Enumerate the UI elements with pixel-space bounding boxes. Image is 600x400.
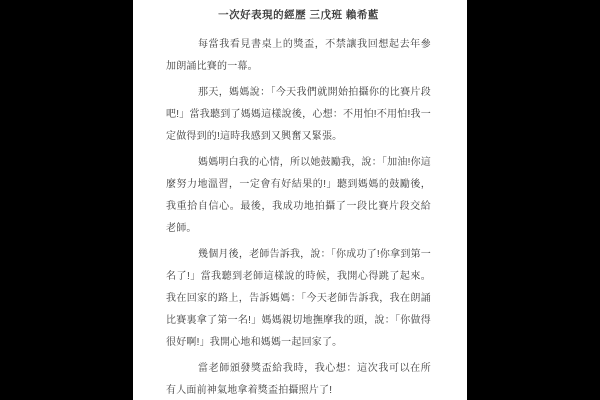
document-paragraph: 那天，媽媽說：「今天我們就開始拍攝你的比賽片段吧!」當我聽到了媽媽這樣說後，心想… — [166, 82, 431, 148]
document-paragraph: 幾個月後，老師告訴我，說：「你成功了!你拿到第一名了!」當我聽到老師這樣說的時候… — [166, 244, 431, 354]
document-paragraph: 媽媽明白我的心情，所以她鼓勵我，說：「加油!你這麼努力地溫習，一定會有好結果的!… — [166, 152, 431, 240]
document-paragraph: 當老師頒發獎盃給我時，我心想：這次我可以在所有人面前神氣地拿着獎盃拍攝照片了! — [166, 358, 431, 400]
document-title: 一次好表現的經歷 三戊班 賴希藍 — [166, 8, 431, 22]
document-paragraph: 每當我看見書桌上的獎盃，不禁讓我回想起去年參加朗誦比賽的一幕。 — [166, 34, 431, 78]
document-page: 一次好表現的經歷 三戊班 賴希藍 每當我看見書桌上的獎盃，不禁讓我回想起去年參加… — [133, 0, 467, 400]
letterbox-background: 一次好表現的經歷 三戊班 賴希藍 每當我看見書桌上的獎盃，不禁讓我回想起去年參加… — [0, 0, 600, 400]
